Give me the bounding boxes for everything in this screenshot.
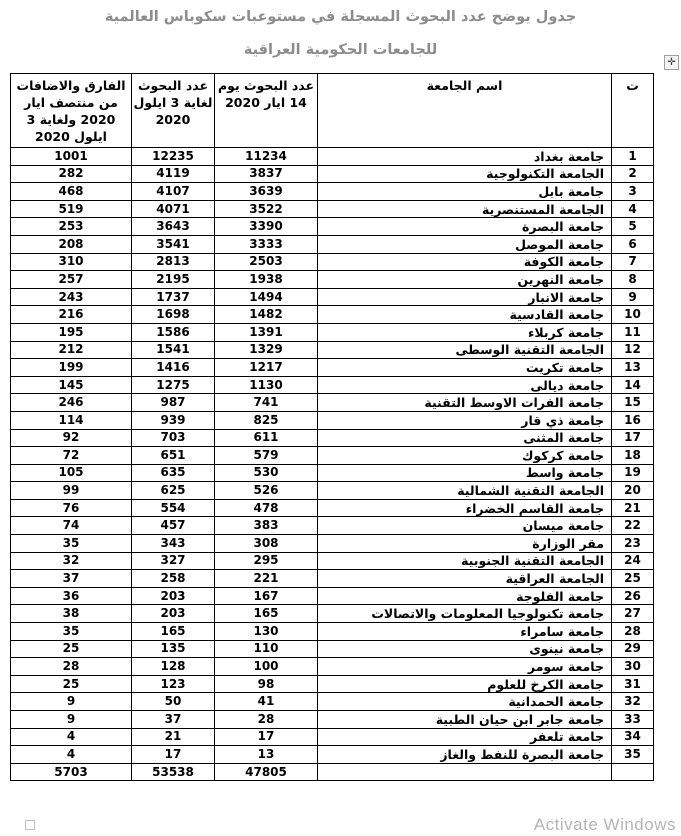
table-row: 35جامعة البصرة للنفط والغاز13174 bbox=[11, 746, 654, 764]
sep3-count-cell: 327 bbox=[132, 552, 215, 570]
row-number-cell: 28 bbox=[612, 623, 654, 641]
table-row: 19جامعة واسط530635105 bbox=[11, 464, 654, 482]
sep3-count-cell: 457 bbox=[132, 517, 215, 535]
table-row: 20الجامعة التقنية الشمالية52662599 bbox=[11, 482, 654, 500]
diff-count-cell: 9 bbox=[11, 693, 132, 711]
may14-count-cell: 825 bbox=[215, 411, 318, 429]
may14-count-cell: 3639 bbox=[215, 183, 318, 201]
university-name-cell: جامعة النهرين bbox=[318, 271, 612, 289]
university-name-cell: جامعة ديالى bbox=[318, 376, 612, 394]
sep3-count-cell: 123 bbox=[132, 675, 215, 693]
university-name-cell: جامعة بغداد bbox=[318, 148, 612, 166]
header-count-may14: عدد البحوث يوم 14 ايار 2020 bbox=[215, 74, 318, 148]
table-row: 11جامعة كربلاء13911586195 bbox=[11, 323, 654, 341]
diff-count-cell: 36 bbox=[11, 587, 132, 605]
table-row: 23مقر الوزارة30834335 bbox=[11, 535, 654, 553]
row-number-cell: 8 bbox=[612, 271, 654, 289]
table-row: 3جامعة بابل36394107468 bbox=[11, 183, 654, 201]
sep3-count-cell: 21 bbox=[132, 728, 215, 746]
table-row: 4الجامعة المستنصرية35224071519 bbox=[11, 200, 654, 218]
diff-count-cell: 114 bbox=[11, 411, 132, 429]
row-number-cell: 31 bbox=[612, 675, 654, 693]
row-number-cell: 4 bbox=[612, 200, 654, 218]
university-name-cell: جامعة الموصل bbox=[318, 235, 612, 253]
diff-count-cell: 1001 bbox=[11, 148, 132, 166]
university-name-cell: جامعة سومر bbox=[318, 658, 612, 676]
university-name-cell: الجامعة التقنية الوسطى bbox=[318, 341, 612, 359]
row-number-cell: 5 bbox=[612, 218, 654, 236]
header-difference: الفارق والاضافات من منتصف ايار 2020 ولغا… bbox=[11, 74, 132, 148]
row-number-cell: 15 bbox=[612, 394, 654, 412]
row-number-cell: 7 bbox=[612, 253, 654, 271]
diff-count-cell: 246 bbox=[11, 394, 132, 412]
diff-count-cell: 208 bbox=[11, 235, 132, 253]
sep3-count-cell: 651 bbox=[132, 447, 215, 465]
universities-research-table: ت اسم الجامعة عدد البحوث يوم 14 ايار 202… bbox=[10, 73, 654, 781]
may14-count-cell: 3837 bbox=[215, 165, 318, 183]
sep3-count-cell: 135 bbox=[132, 640, 215, 658]
row-number-cell: 10 bbox=[612, 306, 654, 324]
may14-count-cell: 130 bbox=[215, 623, 318, 641]
table-body: 1جامعة بغداد112341223510012الجامعة التكن… bbox=[11, 148, 654, 781]
row-number-cell: 19 bbox=[612, 464, 654, 482]
row-number-cell: 17 bbox=[612, 429, 654, 447]
table-row: 13جامعة تكريت12171416199 bbox=[11, 359, 654, 377]
university-name-cell: جامعة البصرة للنفط والغاز bbox=[318, 746, 612, 764]
row-number-cell: 27 bbox=[612, 605, 654, 623]
diff-count-cell: 9 bbox=[11, 711, 132, 729]
header-count-sep3: عدد البحوث لغاية 3 ايلول 2020 bbox=[132, 74, 215, 148]
sep3-count-cell: 4107 bbox=[132, 183, 215, 201]
sep3-count-cell: 128 bbox=[132, 658, 215, 676]
university-name-cell: جامعة تكنولوجيا المعلومات والاتصالات bbox=[318, 605, 612, 623]
sep3-count-cell: 2813 bbox=[132, 253, 215, 271]
may14-count-cell: 11234 bbox=[215, 148, 318, 166]
row-number-cell: 32 bbox=[612, 693, 654, 711]
table-row: 26جامعة الفلوجة16720336 bbox=[11, 587, 654, 605]
university-name-cell: جامعة كركوك bbox=[318, 447, 612, 465]
university-name-cell: الجامعة التكنولوجية bbox=[318, 165, 612, 183]
sep3-count-cell: 258 bbox=[132, 570, 215, 588]
table-row: 25الجامعة العراقية22125837 bbox=[11, 570, 654, 588]
four-arrows-icon: ✛ bbox=[667, 58, 675, 68]
sep3-count-cell: 1698 bbox=[132, 306, 215, 324]
document-title: جدول يوضح عدد البحوث المسجلة في مستوعبات… bbox=[0, 6, 681, 61]
table-row: 1جامعة بغداد11234122351001 bbox=[11, 148, 654, 166]
table-row: 10جامعة القادسية14821698216 bbox=[11, 306, 654, 324]
university-name-cell: جامعة الحمدانية bbox=[318, 693, 612, 711]
university-name-cell: جامعة تكريت bbox=[318, 359, 612, 377]
university-name-cell: جامعة بابل bbox=[318, 183, 612, 201]
diff-count-cell: 25 bbox=[11, 675, 132, 693]
diff-count-cell: 282 bbox=[11, 165, 132, 183]
may14-count-cell: 383 bbox=[215, 517, 318, 535]
may14-count-cell: 3522 bbox=[215, 200, 318, 218]
sep3-count-cell: 165 bbox=[132, 623, 215, 641]
table-row: 31جامعة الكرخ للعلوم9812325 bbox=[11, 675, 654, 693]
university-name-cell: جامعة نينوى bbox=[318, 640, 612, 658]
university-name-cell: جامعة واسط bbox=[318, 464, 612, 482]
university-name-cell: جامعة المثنى bbox=[318, 429, 612, 447]
table-row: 30جامعة سومر10012828 bbox=[11, 658, 654, 676]
university-name-cell: جامعة كربلاء bbox=[318, 323, 612, 341]
sep3-count-cell: 203 bbox=[132, 587, 215, 605]
sep3-count-cell: 635 bbox=[132, 464, 215, 482]
university-name-cell: جامعة البصرة bbox=[318, 218, 612, 236]
table-row: 6جامعة الموصل33333541208 bbox=[11, 235, 654, 253]
table-row: 29جامعة نينوى11013525 bbox=[11, 640, 654, 658]
may14-count-cell: 100 bbox=[215, 658, 318, 676]
may14-count-cell: 1938 bbox=[215, 271, 318, 289]
may14-count-cell: 741 bbox=[215, 394, 318, 412]
row-number-cell: 14 bbox=[612, 376, 654, 394]
diff-count-cell: 35 bbox=[11, 535, 132, 553]
table-resize-handle[interactable] bbox=[25, 820, 35, 830]
sep3-count-cell: 987 bbox=[132, 394, 215, 412]
table-row: 28جامعة سامراء13016535 bbox=[11, 623, 654, 641]
table-row: 16جامعة ذي قار825939114 bbox=[11, 411, 654, 429]
sep3-count-cell: 4119 bbox=[132, 165, 215, 183]
university-name-cell: جامعة سامراء bbox=[318, 623, 612, 641]
sep3-count-cell: 1737 bbox=[132, 288, 215, 306]
row-number-cell: 1 bbox=[612, 148, 654, 166]
may14-count-cell: 13 bbox=[215, 746, 318, 764]
may14-count-cell: 295 bbox=[215, 552, 318, 570]
sep3-count-cell: 3643 bbox=[132, 218, 215, 236]
diff-count-cell: 37 bbox=[11, 570, 132, 588]
diff-count-cell: 212 bbox=[11, 341, 132, 359]
sep3-count-cell: 50 bbox=[132, 693, 215, 711]
university-name-cell: الجامعة التقنية الجنوبية bbox=[318, 552, 612, 570]
diff-count-cell: 99 bbox=[11, 482, 132, 500]
row-number-cell: 22 bbox=[612, 517, 654, 535]
university-name-cell: جامعة الكرخ للعلوم bbox=[318, 675, 612, 693]
row-number-cell: 20 bbox=[612, 482, 654, 500]
may14-count-cell: 2503 bbox=[215, 253, 318, 271]
university-name-cell: مقر الوزارة bbox=[318, 535, 612, 553]
may14-count-cell: 110 bbox=[215, 640, 318, 658]
may14-count-cell: 611 bbox=[215, 429, 318, 447]
diff-count-cell: 105 bbox=[11, 464, 132, 482]
row-number-cell: 30 bbox=[612, 658, 654, 676]
sep3-count-cell: 1586 bbox=[132, 323, 215, 341]
table-row: 9جامعة الانبار14941737243 bbox=[11, 288, 654, 306]
university-name-cell: جامعة تلعفر bbox=[318, 728, 612, 746]
diff-count-cell: 145 bbox=[11, 376, 132, 394]
may14-count-cell: 167 bbox=[215, 587, 318, 605]
sep3-count-cell: 37 bbox=[132, 711, 215, 729]
diff-count-cell: 25 bbox=[11, 640, 132, 658]
header-row-number: ت bbox=[612, 74, 654, 148]
sep3-count-cell: 1416 bbox=[132, 359, 215, 377]
row-number-cell: 29 bbox=[612, 640, 654, 658]
diff-count-cell: 92 bbox=[11, 429, 132, 447]
document-title-line1: جدول يوضح عدد البحوث المسجلة في مستوعبات… bbox=[0, 6, 681, 28]
header-row: ت اسم الجامعة عدد البحوث يوم 14 ايار 202… bbox=[11, 74, 654, 148]
university-name-cell: جامعة الفلوجة bbox=[318, 587, 612, 605]
table-row: 12الجامعة التقنية الوسطى13291541212 bbox=[11, 341, 654, 359]
diff-count-cell: 38 bbox=[11, 605, 132, 623]
row-number-cell: 25 bbox=[612, 570, 654, 588]
may14-count-cell: 221 bbox=[215, 570, 318, 588]
sep3-count-cell: 12235 bbox=[132, 148, 215, 166]
diff-count-cell: 310 bbox=[11, 253, 132, 271]
header-university-name: اسم الجامعة bbox=[318, 74, 612, 148]
diff-count-cell: 4 bbox=[11, 728, 132, 746]
university-name-cell: جامعة القاسم الخضراء bbox=[318, 499, 612, 517]
may14-count-cell: 1482 bbox=[215, 306, 318, 324]
sep3-count-cell: 17 bbox=[132, 746, 215, 764]
may14-count-cell: 98 bbox=[215, 675, 318, 693]
sep3-count-cell: 1275 bbox=[132, 376, 215, 394]
table-row: 2الجامعة التكنولوجية38374119282 bbox=[11, 165, 654, 183]
table-row: 8جامعة النهرين19382195257 bbox=[11, 271, 654, 289]
row-number-cell: 18 bbox=[612, 447, 654, 465]
diff-count-cell: 519 bbox=[11, 200, 132, 218]
sep3-count-cell: 2195 bbox=[132, 271, 215, 289]
diff-count-cell: 35 bbox=[11, 623, 132, 641]
may14-count-cell: 579 bbox=[215, 447, 318, 465]
row-number-cell: 21 bbox=[612, 499, 654, 517]
row-number-cell: 24 bbox=[612, 552, 654, 570]
sep3-count-cell: 554 bbox=[132, 499, 215, 517]
may14-count-cell: 1329 bbox=[215, 341, 318, 359]
university-name-cell: جامعة ميسان bbox=[318, 517, 612, 535]
university-name-cell: الجامعة المستنصرية bbox=[318, 200, 612, 218]
table-row: 7جامعة الكوفة25032813310 bbox=[11, 253, 654, 271]
row-number-cell: 35 bbox=[612, 746, 654, 764]
row-number-cell: 11 bbox=[612, 323, 654, 341]
diff-count-cell: 32 bbox=[11, 552, 132, 570]
university-name-cell: جامعة القادسية bbox=[318, 306, 612, 324]
diff-count-cell: 468 bbox=[11, 183, 132, 201]
sep3-count-cell: 203 bbox=[132, 605, 215, 623]
may14-count-cell: 47805 bbox=[215, 763, 318, 781]
university-name-cell: الجامعة التقنية الشمالية bbox=[318, 482, 612, 500]
university-name-cell: جامعة جابر ابن حيان الطبية bbox=[318, 711, 612, 729]
row-number-cell: 16 bbox=[612, 411, 654, 429]
may14-count-cell: 1217 bbox=[215, 359, 318, 377]
may14-count-cell: 17 bbox=[215, 728, 318, 746]
diff-count-cell: 4 bbox=[11, 746, 132, 764]
table-row: 14جامعة ديالى11301275145 bbox=[11, 376, 654, 394]
may14-count-cell: 3333 bbox=[215, 235, 318, 253]
university-name-cell bbox=[318, 763, 612, 781]
table-row: 17جامعة المثنى61170392 bbox=[11, 429, 654, 447]
row-number-cell: 3 bbox=[612, 183, 654, 201]
university-name-cell: جامعة الفرات الاوسط التقنية bbox=[318, 394, 612, 412]
table-row: 24الجامعة التقنية الجنوبية29532732 bbox=[11, 552, 654, 570]
table-row: 22جامعة ميسان38345774 bbox=[11, 517, 654, 535]
university-name-cell: جامعة الكوفة bbox=[318, 253, 612, 271]
diff-count-cell: 5703 bbox=[11, 763, 132, 781]
diff-count-cell: 199 bbox=[11, 359, 132, 377]
may14-count-cell: 1130 bbox=[215, 376, 318, 394]
table-row: 18جامعة كركوك57965172 bbox=[11, 447, 654, 465]
diff-count-cell: 195 bbox=[11, 323, 132, 341]
may14-count-cell: 530 bbox=[215, 464, 318, 482]
row-number-cell: 33 bbox=[612, 711, 654, 729]
table-row: 34جامعة تلعفر17214 bbox=[11, 728, 654, 746]
may14-count-cell: 41 bbox=[215, 693, 318, 711]
table-header: ت اسم الجامعة عدد البحوث يوم 14 ايار 202… bbox=[11, 74, 654, 148]
row-number-cell: 6 bbox=[612, 235, 654, 253]
sep3-count-cell: 625 bbox=[132, 482, 215, 500]
sep3-count-cell: 939 bbox=[132, 411, 215, 429]
university-name-cell: جامعة ذي قار bbox=[318, 411, 612, 429]
may14-count-cell: 165 bbox=[215, 605, 318, 623]
row-number-cell: 9 bbox=[612, 288, 654, 306]
row-number-cell: 34 bbox=[612, 728, 654, 746]
table-row: 33جامعة جابر ابن حيان الطبية28379 bbox=[11, 711, 654, 729]
table-row: 5جامعة البصرة33903643253 bbox=[11, 218, 654, 236]
may14-count-cell: 3390 bbox=[215, 218, 318, 236]
university-name-cell: جامعة الانبار bbox=[318, 288, 612, 306]
university-name-cell: الجامعة العراقية bbox=[318, 570, 612, 588]
table-row: 15جامعة الفرات الاوسط التقنية741987246 bbox=[11, 394, 654, 412]
diff-count-cell: 74 bbox=[11, 517, 132, 535]
row-number-cell: 26 bbox=[612, 587, 654, 605]
sep3-count-cell: 53538 bbox=[132, 763, 215, 781]
table-move-handle[interactable]: ✛ bbox=[664, 55, 679, 70]
diff-count-cell: 257 bbox=[11, 271, 132, 289]
may14-count-cell: 28 bbox=[215, 711, 318, 729]
activate-windows-watermark: Activate Windows bbox=[534, 815, 676, 835]
total-row: 47805535385703 bbox=[11, 763, 654, 781]
row-number-cell: 23 bbox=[612, 535, 654, 553]
may14-count-cell: 308 bbox=[215, 535, 318, 553]
table-row: 32جامعة الحمدانية41509 bbox=[11, 693, 654, 711]
diff-count-cell: 243 bbox=[11, 288, 132, 306]
sep3-count-cell: 3541 bbox=[132, 235, 215, 253]
sep3-count-cell: 703 bbox=[132, 429, 215, 447]
diff-count-cell: 216 bbox=[11, 306, 132, 324]
sep3-count-cell: 4071 bbox=[132, 200, 215, 218]
diff-count-cell: 28 bbox=[11, 658, 132, 676]
may14-count-cell: 1494 bbox=[215, 288, 318, 306]
diff-count-cell: 253 bbox=[11, 218, 132, 236]
row-number-cell: 2 bbox=[612, 165, 654, 183]
row-number-cell: 12 bbox=[612, 341, 654, 359]
diff-count-cell: 76 bbox=[11, 499, 132, 517]
may14-count-cell: 478 bbox=[215, 499, 318, 517]
row-number-cell bbox=[612, 763, 654, 781]
sep3-count-cell: 343 bbox=[132, 535, 215, 553]
table-row: 21جامعة القاسم الخضراء47855476 bbox=[11, 499, 654, 517]
word-document-page: جدول يوضح عدد البحوث المسجلة في مستوعبات… bbox=[0, 0, 681, 836]
table-row: 27جامعة تكنولوجيا المعلومات والاتصالات16… bbox=[11, 605, 654, 623]
may14-count-cell: 1391 bbox=[215, 323, 318, 341]
diff-count-cell: 72 bbox=[11, 447, 132, 465]
row-number-cell: 13 bbox=[612, 359, 654, 377]
document-title-line2: للجامعات الحكومية العراقية bbox=[0, 39, 681, 61]
may14-count-cell: 526 bbox=[215, 482, 318, 500]
sep3-count-cell: 1541 bbox=[132, 341, 215, 359]
